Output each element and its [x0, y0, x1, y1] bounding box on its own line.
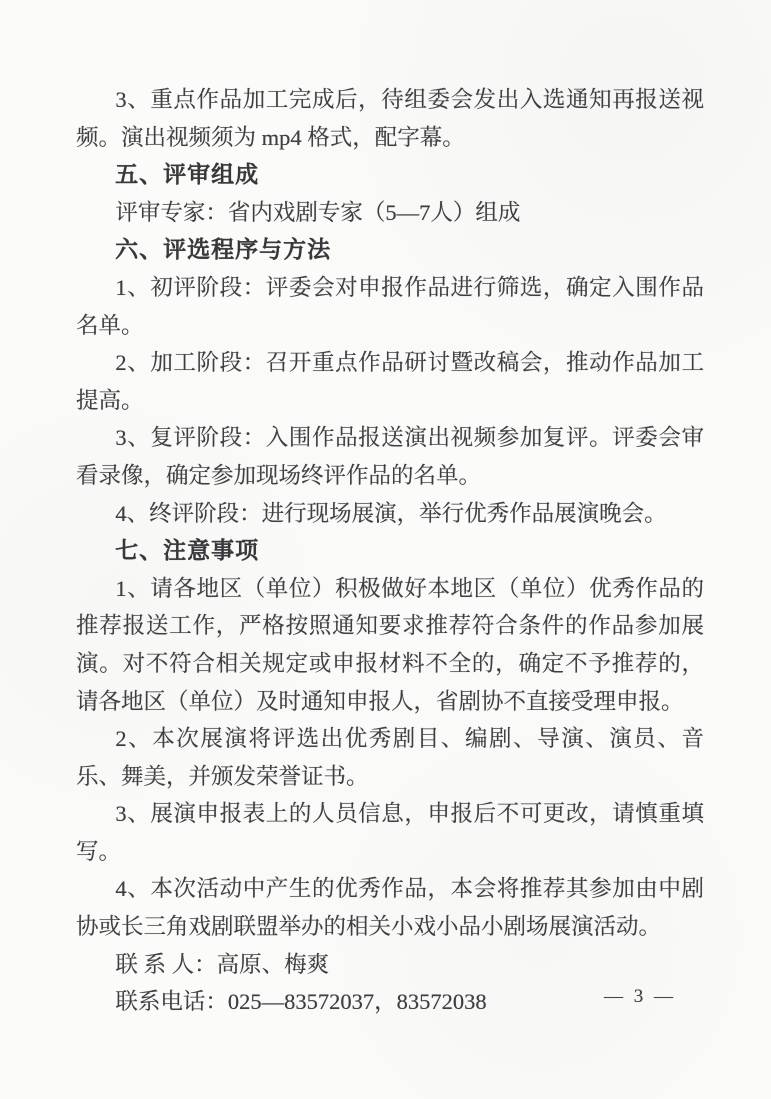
- paragraph-stage-1-initial: 1、初评阶段：评委会对申报作品进行筛选，确定入围作品名单。: [76, 269, 704, 344]
- paragraph-note-2-awards: 2、本次展演将评选出优秀剧目、编剧、导演、演员、音乐、舞美，并颁发荣誉证书。: [76, 720, 704, 795]
- document-page: 3、重点作品加工完成后，待组委会发出入选通知再报送视频。演出视频须为 mp4 格…: [0, 0, 771, 1099]
- paragraph-stage-3-second: 3、复评阶段：入围作品报送演出视频参加复评。评委会审看录像，确定参加现场终评作品…: [76, 419, 704, 494]
- paragraph-video-submission: 3、重点作品加工完成后，待组委会发出入选通知再报送视频。演出视频须为 mp4 格…: [76, 81, 704, 156]
- paragraph-note-4-promotion: 4、本次活动中产生的优秀作品，本会将推荐其参加由中剧协或长三角戏剧联盟举办的相关…: [76, 870, 704, 945]
- paragraph-note-3-form-info: 3、展演申报表上的人员信息，申报后不可更改，请慎重填写。: [76, 795, 704, 870]
- paragraph-stage-2-refine: 2、加工阶段：召开重点作品研讨暨改稿会，推动作品加工提高。: [76, 344, 704, 419]
- paragraph-stage-4-final: 4、终评阶段：进行现场展演，举行优秀作品展演晚会。: [76, 495, 704, 533]
- contact-person-line: 联 系 人：高原、梅爽: [76, 946, 704, 984]
- paragraph-note-1-recommend: 1、请各地区（单位）积极做好本地区（单位）优秀作品的推荐报送工作，严格按照通知要…: [76, 570, 704, 720]
- paragraph-review-experts: 评审专家：省内戏剧专家（5—7人）组成: [76, 194, 704, 232]
- heading-section-five: 五、评审组成: [76, 156, 704, 194]
- heading-section-seven: 七、注意事项: [76, 532, 704, 570]
- heading-section-six: 六、评选程序与方法: [76, 231, 704, 269]
- document-body: 3、重点作品加工完成后，待组委会发出入选通知再报送视频。演出视频须为 mp4 格…: [0, 0, 771, 1021]
- page-number: — 3 —: [604, 983, 676, 1011]
